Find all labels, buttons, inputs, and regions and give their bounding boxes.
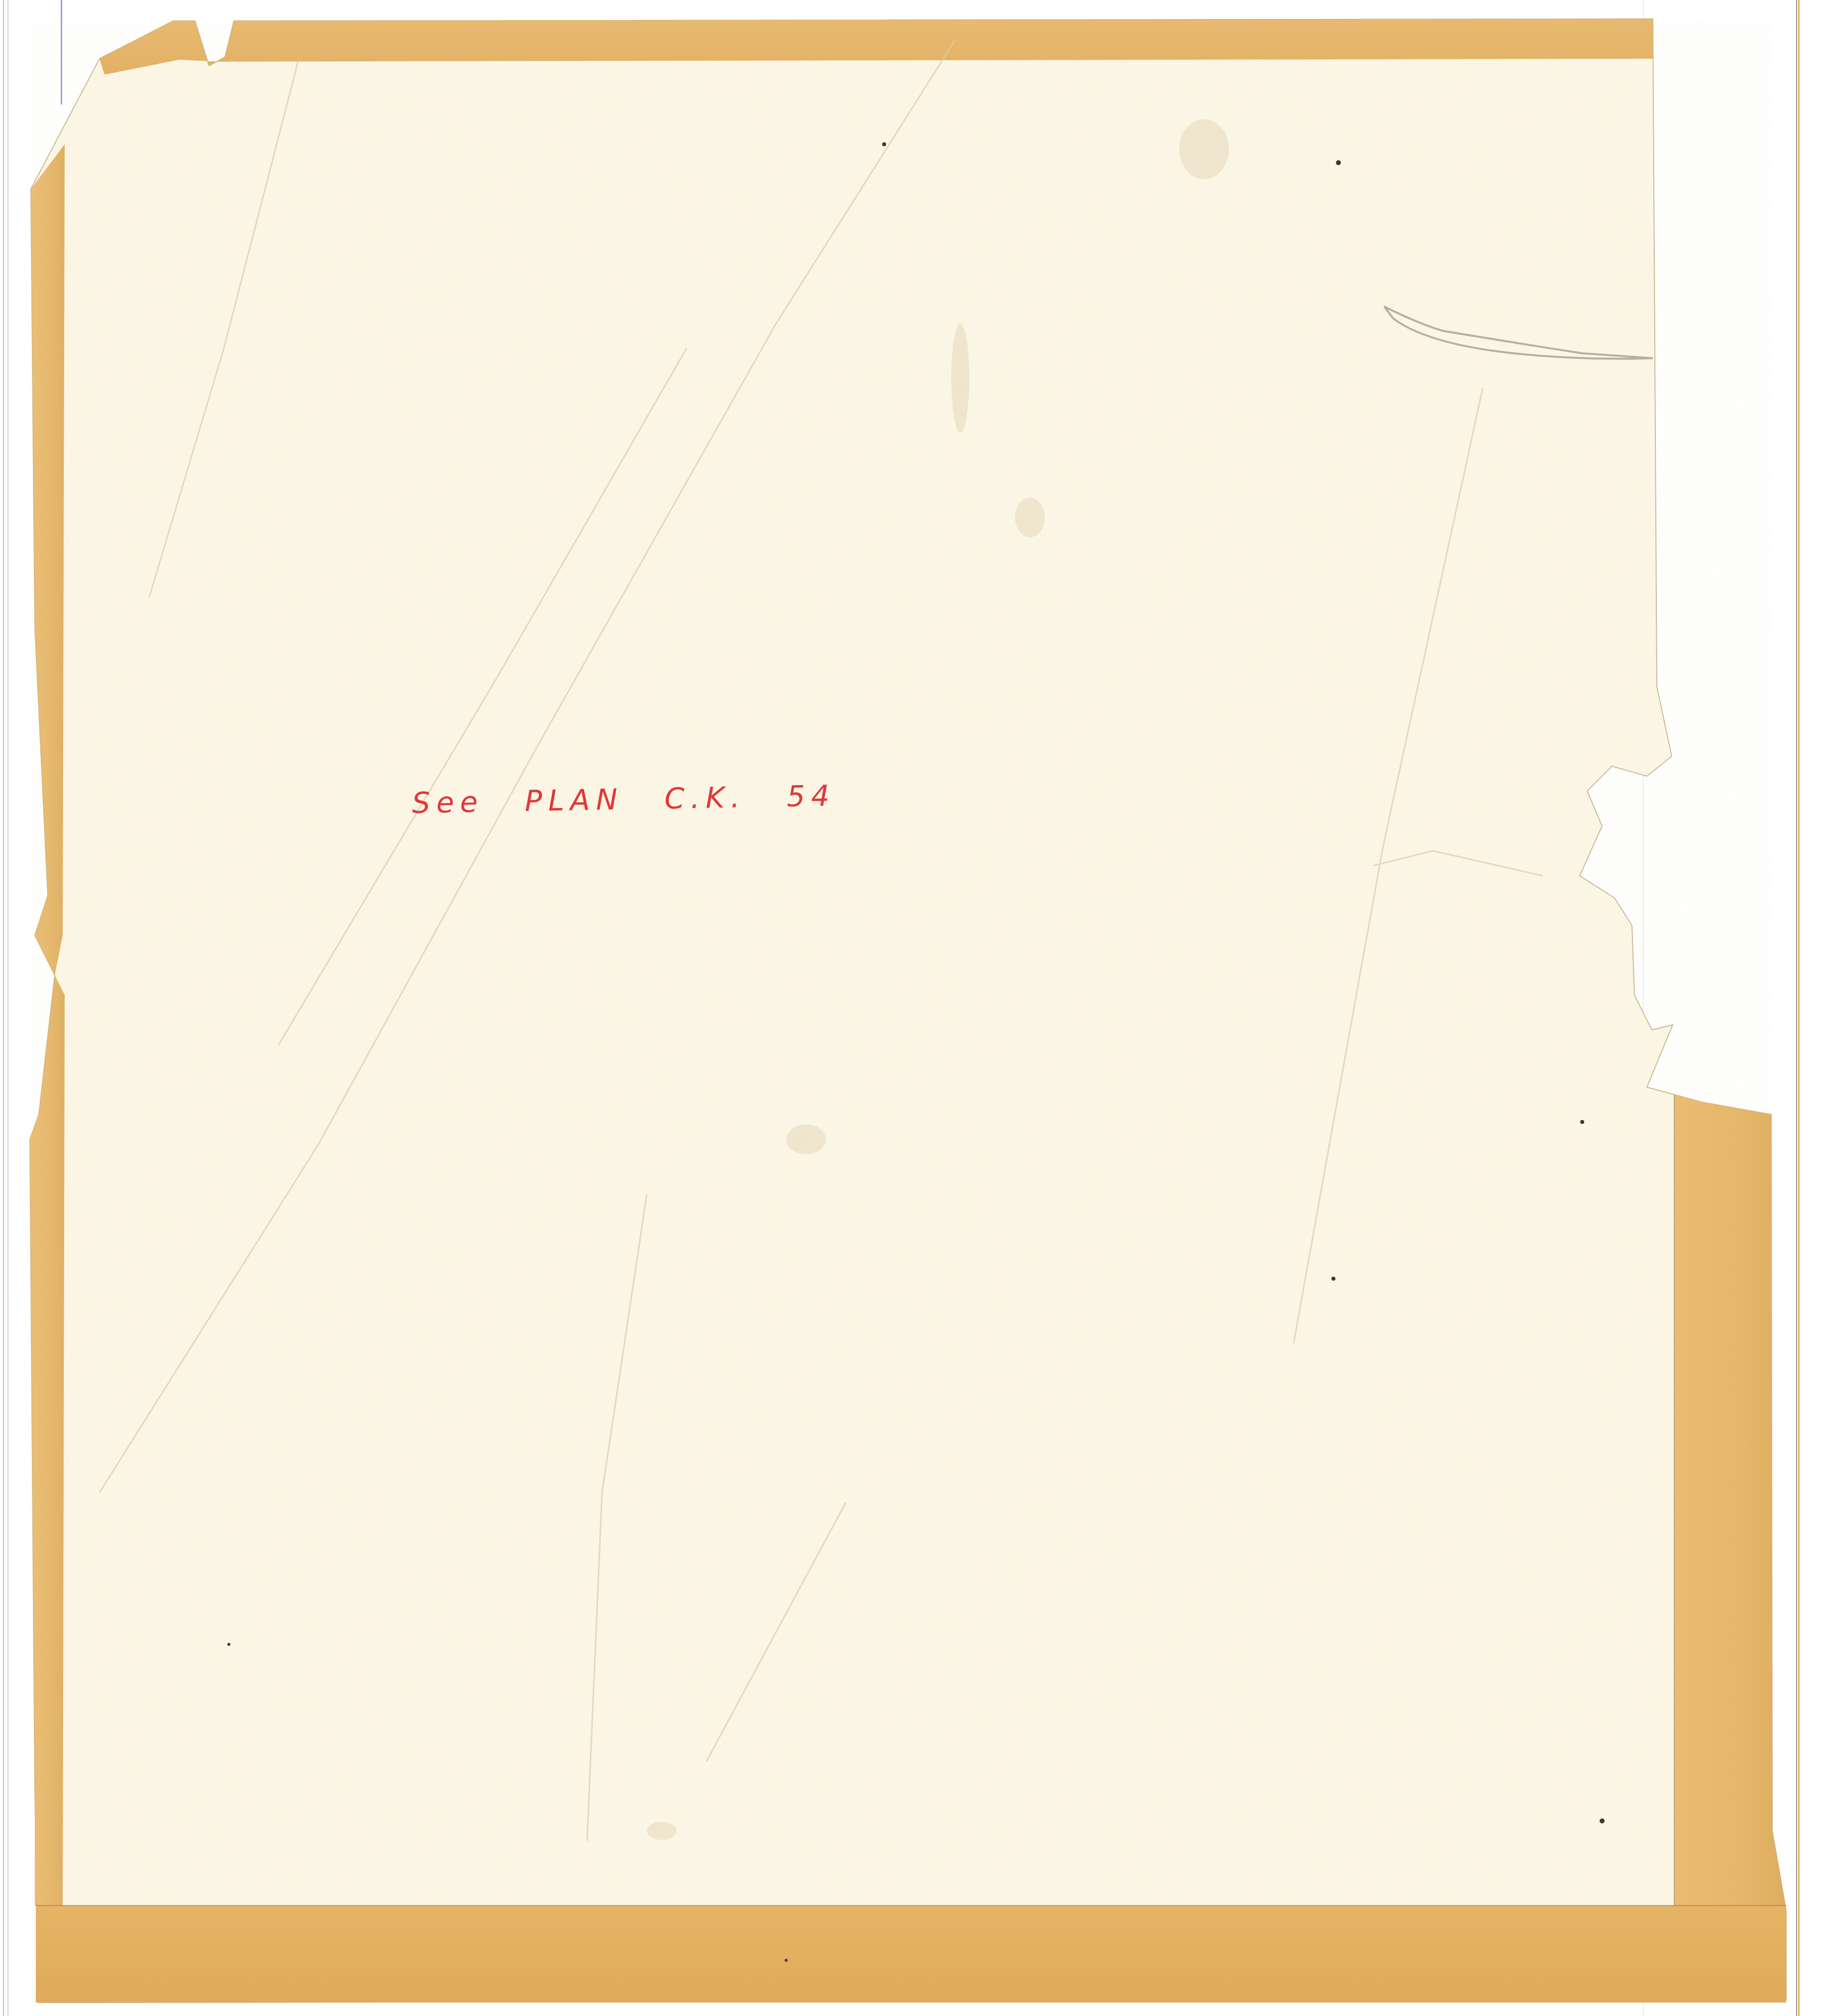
paper-sheet-graphic (0, 0, 1824, 2016)
document-sheet: See PLAN C.K. 54 (0, 0, 1824, 2016)
tape-bottom (36, 1906, 1786, 2003)
tape-right (1674, 1095, 1786, 1911)
